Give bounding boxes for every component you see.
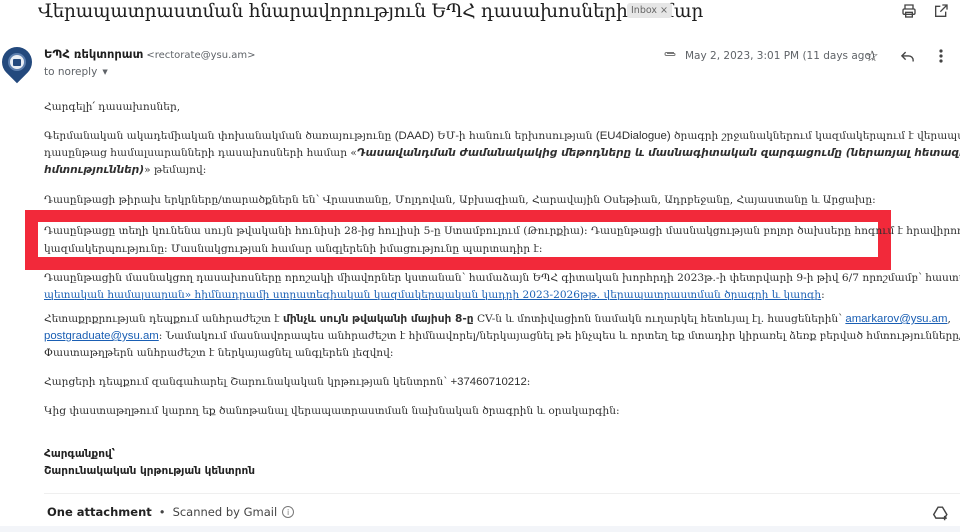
- p3-end: :: [821, 289, 825, 301]
- bottom-strip: [0, 526, 960, 532]
- remove-label-icon[interactable]: ×: [660, 5, 668, 16]
- email-date: May 2, 2023, 3:01 PM (11 days ago): [685, 50, 875, 62]
- attachment-bar: One attachment • Scanned by Gmail i: [47, 505, 294, 519]
- paragraph-4-line-1: Հետաքրքրության դեպքում անհրաժեշտ է մինչև…: [44, 311, 951, 329]
- signature: Շարունակական կրթության կենտրոն: [44, 465, 255, 477]
- phone-number: +37460710212: [450, 376, 526, 388]
- subject-row: Վերապատրաստման հնարավորություն ԵՊՀ դասախ…: [0, 0, 960, 24]
- sender-line: ԵՊՀ ռեկտորատ<rectorate@ysu.am>: [44, 47, 256, 61]
- paragraph-1-line-2: դասընթաց համալսարանների դասախոսների համա…: [44, 145, 960, 163]
- course-title-end: հմտություններ): [44, 164, 144, 176]
- p1-text-c: ԵՄ-ի հանուն երխոսության: [434, 130, 596, 142]
- paragraph-3-line-1: Դասընթացին մասնակցող դասախոսները որոշակի…: [44, 270, 960, 288]
- p4-text-a: Հետաքրքրության դեպքում անհրաժեշտ է: [44, 313, 283, 325]
- p1-eu4dialogue: (EU4Dialogue): [596, 130, 671, 142]
- more-vert-icon[interactable]: [932, 47, 950, 65]
- paragraph-4-line-3: Փաստաթղթերն անհրաժեշտ է ներկայացնել անգլ…: [44, 345, 393, 363]
- sender-name[interactable]: ԵՊՀ ռեկտորատ: [44, 47, 143, 61]
- inbox-label-text: Inbox: [631, 5, 657, 16]
- paragraph-1-line-1: Գերմանական ակադեմիական փոխանակման ծառայո…: [44, 128, 960, 146]
- scanned-by-gmail: Scanned by Gmail: [173, 505, 278, 519]
- paragraph-6: Կից փաստաթղթում կարող եք ծանոթանալ վերապ…: [44, 403, 620, 421]
- inbox-label-chip[interactable]: Inbox×: [627, 3, 672, 18]
- deadline-text: մինչև սույն թվականի մայիսի 8-ը: [283, 313, 474, 325]
- p1-text-line2: դասընթաց համալսարանների դասախոսների համա…: [44, 147, 357, 159]
- chevron-down-icon: ▼: [102, 68, 107, 76]
- print-icon[interactable]: [900, 2, 918, 20]
- university-logo-icon: [8, 53, 26, 71]
- greeting: Հարգելի՛ դասախոսներ,: [44, 99, 180, 117]
- course-title: Դասավանդման ժամանակակից մեթոդները և մասն…: [357, 147, 960, 159]
- highlight-line-2: կազմակերպությունը: Մասնակցության համար ա…: [44, 241, 960, 259]
- p4-text-line2: : Նամակում մասնավորապես անհրաժեշտ է հիմն…: [159, 330, 960, 342]
- recipient-text: to noreply: [44, 66, 97, 78]
- p4-comma: ,: [947, 313, 950, 325]
- recipient-dropdown[interactable]: to noreply▼: [44, 66, 108, 78]
- signoff: Հարգանքով՝: [44, 448, 115, 460]
- reply-icon[interactable]: [898, 47, 916, 65]
- paragraph-1-line-3: հմտություններ)» թեմայով:: [44, 162, 206, 180]
- paperclip-icon: [663, 49, 677, 62]
- paragraph-3-line-2: պետական համալսարան» հիմնադրամի ստրատեգիա…: [44, 287, 825, 305]
- info-icon[interactable]: i: [282, 506, 294, 518]
- add-to-drive-icon[interactable]: [932, 505, 950, 521]
- p5-end: :: [527, 376, 531, 388]
- email-subject: Վերապատրաստման հնարավորություն ԵՊՀ դասախ…: [38, 1, 703, 22]
- star-icon[interactable]: ☆: [863, 47, 881, 65]
- email-link-amarkarov[interactable]: amarkarov@ysu.am: [845, 313, 947, 325]
- p1-text-a: Գերմանական ակադեմիական փոխանակման ծառայո…: [44, 130, 395, 142]
- p1-text-e: ծրագրի շրջանակներում կազմակերպում է վերա…: [671, 130, 960, 142]
- email-link-postgraduate[interactable]: postgraduate@ysu.am: [44, 330, 159, 342]
- p1-text-end: » թեմայով:: [144, 164, 206, 176]
- sender-email: <rectorate@ysu.am>: [146, 50, 255, 61]
- p1-daad: (DAAD): [395, 130, 434, 142]
- highlight-line-1: Դասընթացը տեղի կունենա սույն թվականի հու…: [44, 223, 960, 241]
- paragraph-5: Հարցերի դեպքում զանգահարել Շարունակական …: [44, 374, 530, 392]
- paragraph-4-line-2: postgraduate@ysu.am: Նամակում մասնավորապ…: [44, 328, 960, 346]
- separator-dot: •: [159, 505, 166, 519]
- p4-text-b: CV-ն և մոտիվացիոն նամակն ուղարկել հետևյա…: [474, 313, 846, 325]
- attachment-count: One attachment: [47, 505, 152, 519]
- p5-text: Հարցերի դեպքում զանգահարել Շարունակական …: [44, 376, 450, 388]
- open-in-new-icon[interactable]: [932, 2, 950, 20]
- regulation-link-cont[interactable]: պետական համալսարան» հիմնադրամի ստրատեգիա…: [44, 289, 821, 301]
- p3-text: Դասընթացին մասնակցող դասախոսները որոշակի…: [44, 272, 960, 284]
- paragraph-2: Դասընթացի թիրախ երկրները/տարածքներն են՝ …: [44, 192, 876, 210]
- email-date-area: May 2, 2023, 3:01 PM (11 days ago): [663, 49, 875, 62]
- sender-avatar[interactable]: [0, 41, 38, 83]
- attachment-divider: [44, 493, 960, 494]
- highlighted-paragraph: Դասընթացը տեղի կունենա սույն թվականի հու…: [44, 223, 960, 258]
